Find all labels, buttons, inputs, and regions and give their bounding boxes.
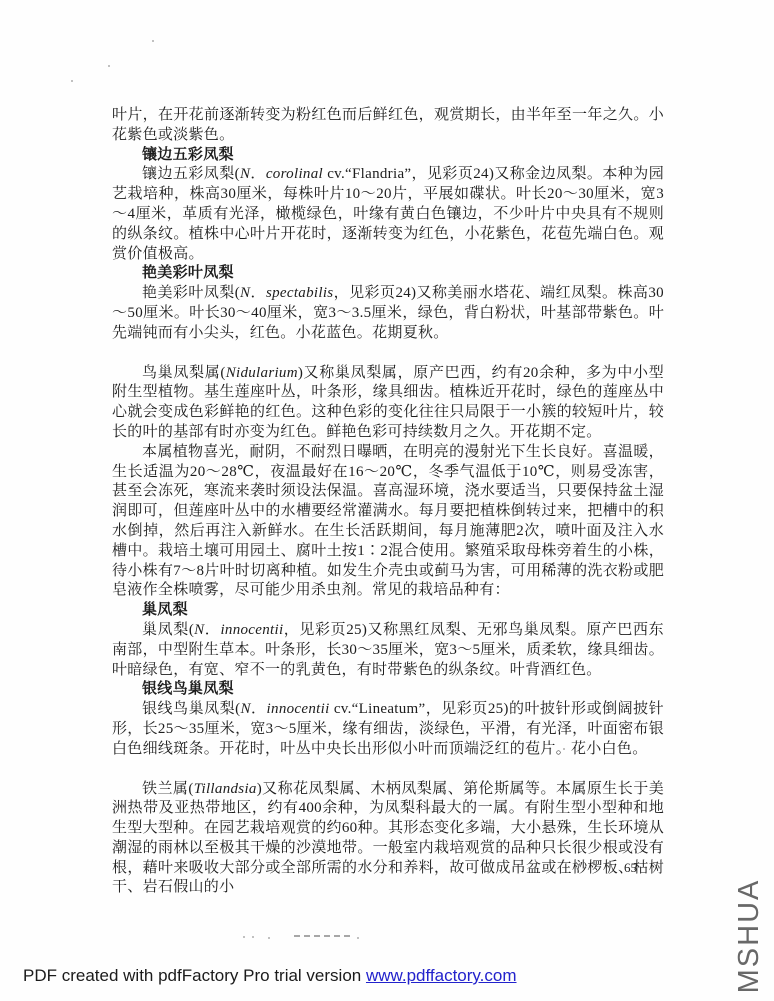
latin-species-name: Tillandsia bbox=[194, 781, 257, 797]
scan-speck bbox=[71, 80, 73, 82]
side-mark-vertical-text: MSHUA bbox=[730, 876, 768, 996]
latin-species-name: Nidularium bbox=[226, 365, 298, 381]
text-column: 叶片，在开花前逐渐转变为粉红色而后鲜红色，观赏期长，由半年至一年之久。小花紫色或… bbox=[112, 106, 664, 898]
latin-species-name: innocentii bbox=[220, 622, 283, 638]
section-heading: 巢凤梨 bbox=[112, 601, 664, 621]
watermark-link[interactable]: www.pdffactory.com bbox=[366, 966, 517, 985]
latin-species-name: N bbox=[240, 166, 250, 182]
scan-speck bbox=[357, 937, 359, 939]
text-paragraph: 本属植物喜光，耐阴，不耐烈日曝晒，在明亮的漫射光下生长良好。喜温暖，生长适温为2… bbox=[112, 443, 664, 601]
latin-species-name: N bbox=[194, 622, 204, 638]
text-paragraph: 鸟巢凤梨属(Nidularium)又称巢凤梨属，原产巴西，约有20余种，多为中小… bbox=[112, 364, 664, 443]
scan-speck bbox=[268, 937, 270, 939]
scan-speck bbox=[252, 936, 254, 938]
watermark-text: PDF created with pdfFactory Pro trial ve… bbox=[23, 966, 366, 985]
scan-speck bbox=[152, 40, 154, 42]
section-heading: 镶边五彩凤梨 bbox=[112, 146, 664, 166]
scan-dash-artifact bbox=[294, 935, 350, 937]
text-paragraph: 巢凤梨(N．innocentii，见彩页25)又称黑红凤梨、无邪鸟巢凤梨。原产巴… bbox=[112, 621, 664, 680]
section-heading: 银线鸟巢凤梨 bbox=[112, 680, 664, 700]
latin-species-name: N bbox=[240, 285, 250, 301]
latin-species-name: spectabilis bbox=[266, 285, 333, 301]
page-number: 65 bbox=[624, 860, 637, 876]
text-paragraph: 镶边五彩凤梨(N．corolinal cv.“Flandria”，见彩页24)又… bbox=[112, 165, 664, 264]
section-heading: 艳美彩叶凤梨 bbox=[112, 264, 664, 284]
text-paragraph: 艳美彩叶凤梨(N．spectabilis，见彩页24)又称美丽水塔花、端红凤梨。… bbox=[112, 284, 664, 343]
text-paragraph: 铁兰属(Tillandsia)又称花凤梨属、木柄凤梨属、第伦斯属等。本属原生长于… bbox=[112, 780, 664, 899]
scan-speck bbox=[243, 936, 245, 938]
scanned-book-page: 叶片，在开花前逐渐转变为粉红色而后鲜红色，观赏期长，由半年至一年之久。小花紫色或… bbox=[0, 0, 774, 1001]
latin-species-name: N bbox=[240, 701, 250, 717]
text-paragraph: 叶片，在开花前逐渐转变为粉红色而后鲜红色，观赏期长，由半年至一年之久。小花紫色或… bbox=[112, 106, 664, 146]
pdf-watermark: PDF created with pdfFactory Pro trial ve… bbox=[23, 966, 517, 986]
text-paragraph: 银线鸟巢凤梨(N．innocentii cv.“Lineatum”，见彩页25)… bbox=[112, 700, 664, 759]
latin-species-name: innocentii bbox=[267, 701, 330, 717]
scan-speck bbox=[108, 65, 110, 67]
latin-species-name: corolinal bbox=[266, 166, 323, 182]
